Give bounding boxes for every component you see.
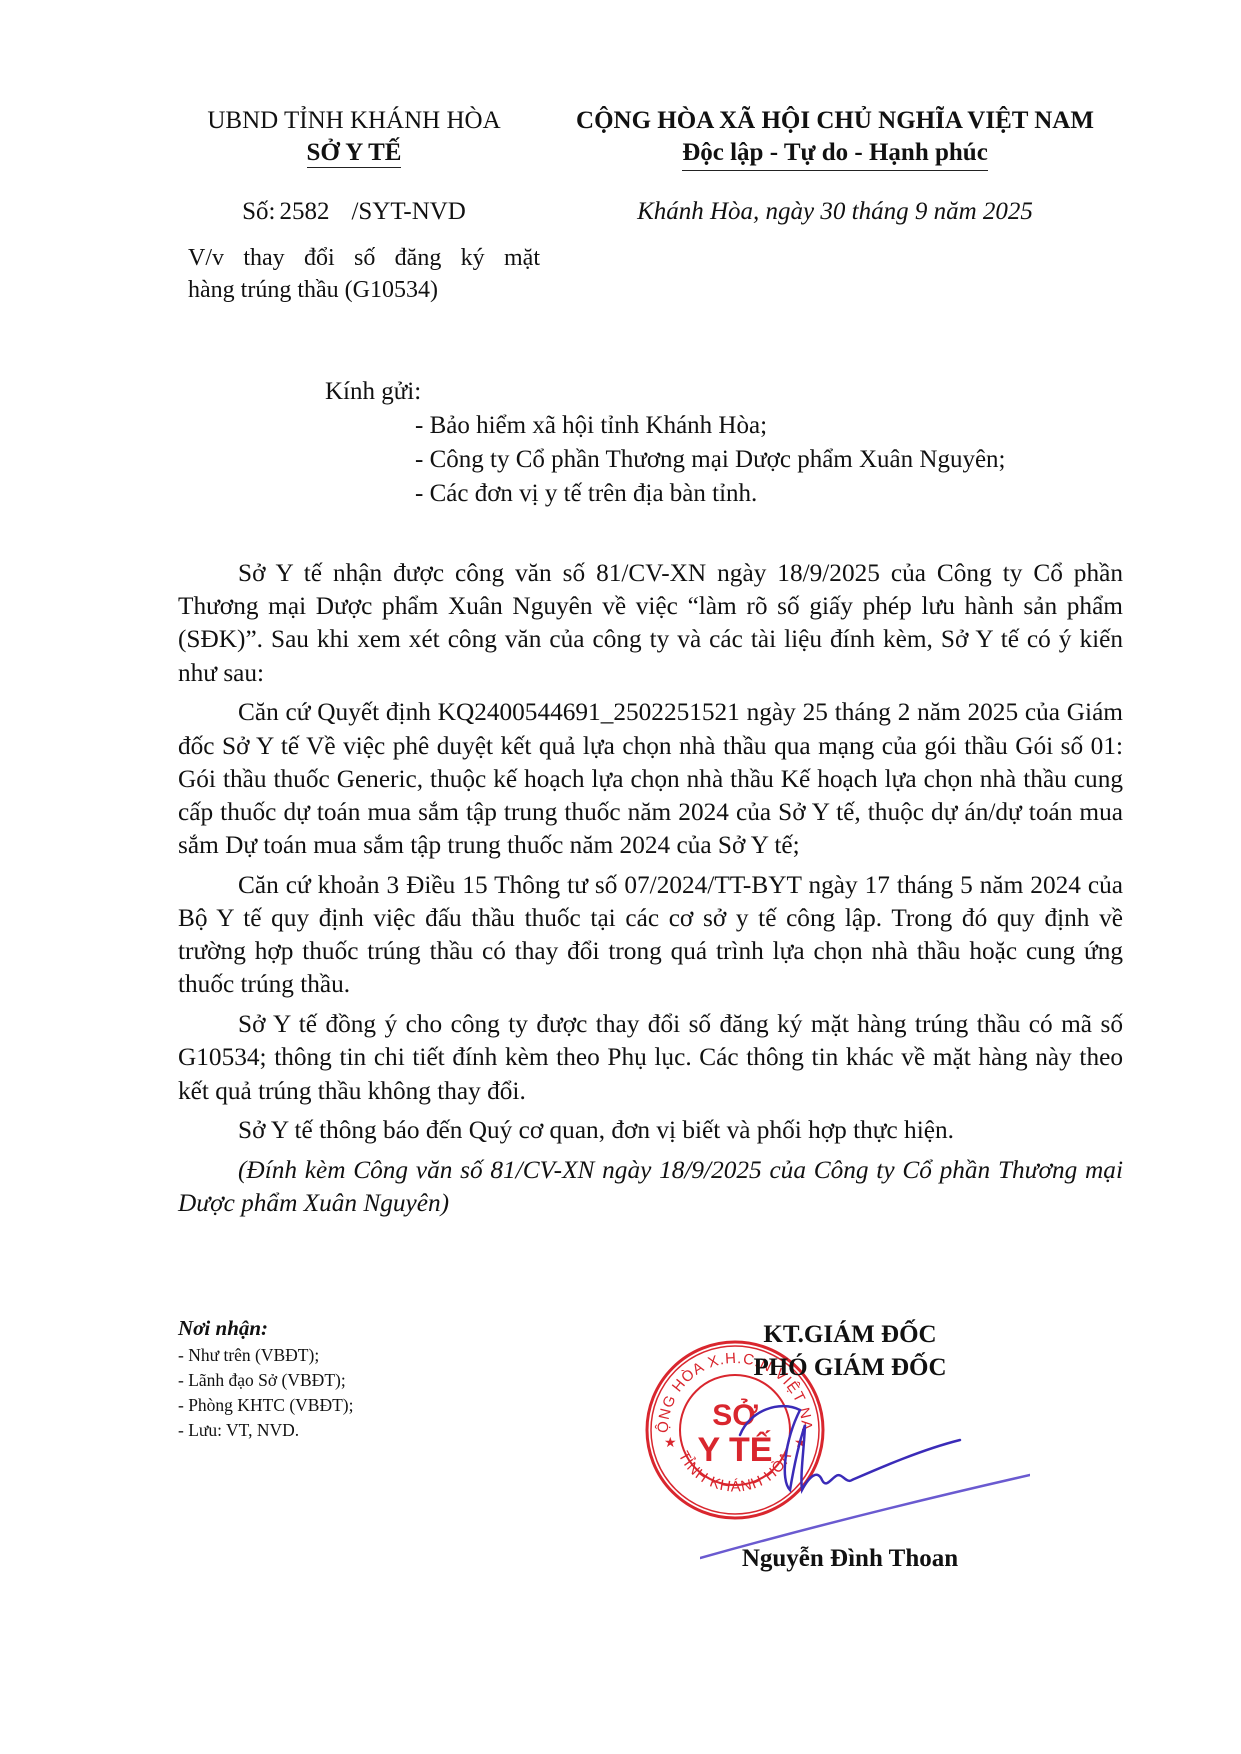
recipient-item: - Bảo hiểm xã hội tỉnh Khánh Hòa; — [325, 409, 1006, 443]
distribution-item: - Phòng KHTC (VBĐT); — [178, 1393, 353, 1418]
distribution-item: - Lưu: VT, NVD. — [178, 1418, 353, 1443]
recipient-item: - Các đơn vị y tế trên địa bàn tỉnh. — [325, 477, 1006, 511]
nation-name: CỘNG HÒA XÃ HỘI CHỦ NGHĨA VIỆT NAM — [540, 105, 1130, 137]
distribution-list: Nơi nhận: - Như trên (VBĐT); - Lãnh đạo … — [178, 1313, 353, 1443]
recipient-item: - Công ty Cổ phần Thương mại Dược phẩm X… — [325, 443, 1006, 477]
body-paragraph: Căn cứ Quyết định KQ2400544691_250225152… — [178, 696, 1123, 862]
handwritten-signature-icon — [700, 1380, 1030, 1560]
subject-line: V/v thay đổi số đăng ký mặt hàng trúng t… — [188, 242, 540, 306]
document-body: Sở Y tế nhận được công văn số 81/CV-XN n… — [178, 557, 1123, 1227]
doc-number-value: 2582 — [279, 198, 329, 225]
recipients-block: Kính gửi: - Bảo hiểm xã hội tỉnh Khánh H… — [325, 375, 1006, 511]
date-line: Khánh Hòa, ngày 30 tháng 9 năm 2025 — [540, 198, 1130, 226]
svg-text:★: ★ — [664, 1435, 677, 1451]
distribution-title: Nơi nhận: — [178, 1313, 353, 1343]
body-paragraph: Sở Y tế đồng ý cho công ty được thay đổi… — [178, 1008, 1123, 1108]
body-paragraph: Căn cứ khoản 3 Điều 15 Thông tư số 07/20… — [178, 869, 1123, 1002]
body-paragraph: Sở Y tế nhận được công văn số 81/CV-XN n… — [178, 557, 1123, 690]
body-paragraph: Sở Y tế thông báo đến Quý cơ quan, đơn v… — [178, 1114, 1123, 1147]
distribution-item: - Như trên (VBĐT); — [178, 1343, 353, 1368]
issuing-authority-header: UBND TỈNH KHÁNH HÒA SỞ Y TẾ — [168, 105, 540, 169]
document-number: Số:2582/SYT-NVD — [168, 198, 540, 226]
national-header: CỘNG HÒA XÃ HỘI CHỦ NGHĨA VIỆT NAM Độc l… — [540, 105, 1130, 171]
signature-title-block: KT.GIÁM ĐỐC PHÓ GIÁM ĐỐC — [660, 1318, 1040, 1384]
doc-code: /SYT-NVD — [351, 198, 465, 225]
recipients-label: Kính gửi: — [325, 375, 1006, 409]
signature-line-1: KT.GIÁM ĐỐC — [660, 1318, 1040, 1351]
distribution-item: - Lãnh đạo Sở (VBĐT); — [178, 1368, 353, 1393]
department-name: SỞ Y TẾ — [307, 137, 402, 169]
attachment-note: (Đính kèm Công văn số 81/CV-XN ngày 18/9… — [178, 1154, 1123, 1220]
authority-name: UBND TỈNH KHÁNH HÒA — [168, 105, 540, 137]
national-motto: Độc lập - Tự do - Hạnh phúc — [682, 137, 988, 171]
